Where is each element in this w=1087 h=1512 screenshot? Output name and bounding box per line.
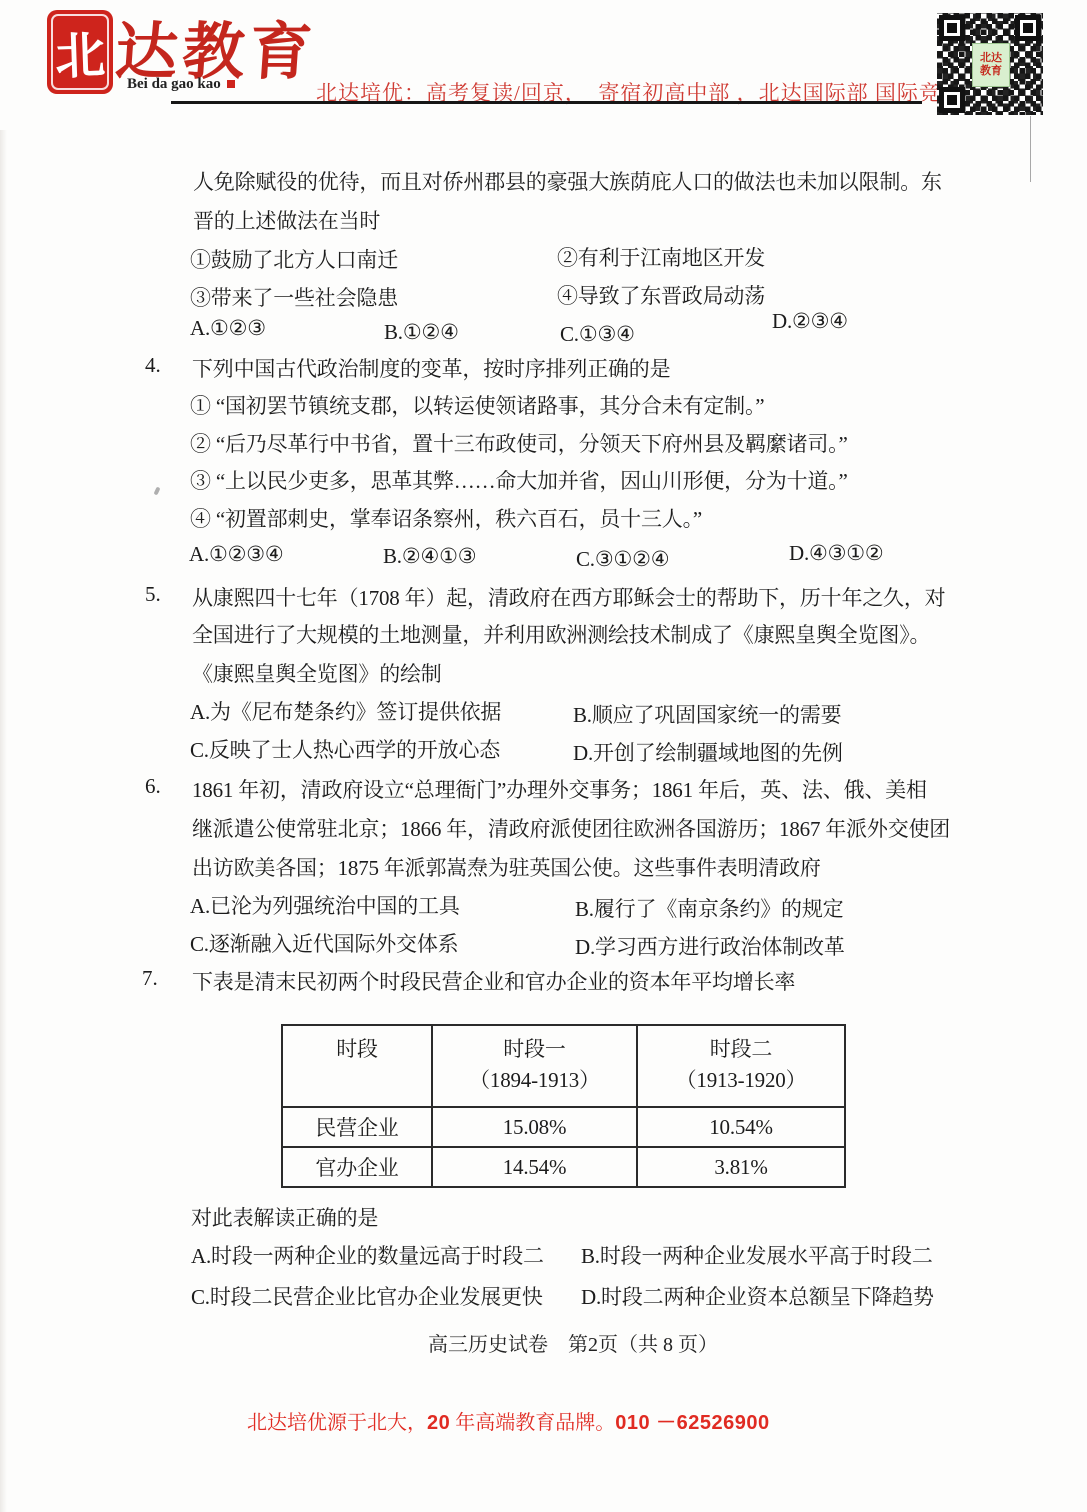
table-row: 民营企业 15.08% 10.54% [282, 1107, 845, 1147]
qr-finder-top-right [1015, 15, 1041, 41]
exam-page-scan: 北 达教育 Bei da gao kao 北达培优：高考复读/回京， 寄宿初高中… [0, 0, 1087, 1512]
period2-title: 时段二 [638, 1034, 844, 1065]
q7-option-c: C.时段二民营企业比官办企业发展更快 [191, 1281, 543, 1311]
table-header-period2: 时段二 （1913-1920） [637, 1025, 845, 1107]
q4-item-3: ③ “上以民少吏多，思革其弊……命大加并省，因山川形便，分为十道。” [190, 465, 848, 495]
q6-option-d: D.学习西方进行政治体制改革 [575, 931, 845, 961]
promo-prefix: 北达培优源于北大， [247, 1412, 427, 1434]
row-label-private: 民营企业 [282, 1107, 432, 1147]
promo-mid: 年高端教育品牌。 [450, 1412, 615, 1434]
q3-option-b: B.①②④ [384, 320, 459, 345]
scan-edge-shading [0, 130, 7, 1512]
table-header-period1: 时段一 （1894-1913） [432, 1025, 637, 1107]
q3-item-1: ①鼓励了北方人口南迁 [190, 244, 398, 274]
official-period2-value: 3.81% [637, 1147, 845, 1187]
q5-stem-line3: 《康熙皇舆全览图》的绘制 [192, 658, 442, 688]
q5-option-d: D.开创了绘制疆域地图的先例 [573, 737, 843, 767]
scan-artifact-mark [153, 487, 160, 496]
q6-stem-line2: 继派遣公使常驻北京；1866 年，清政府派使团往欧洲各国游历；1867 年派外交… [192, 813, 950, 843]
q5-option-b: B.顺应了巩固国家统一的需要 [573, 699, 841, 729]
page-info: 高三历史试卷 第2页（共 8 页） [428, 1328, 718, 1357]
qr-code: 北达 教育 [937, 13, 1043, 115]
row-label-official: 官办企业 [282, 1147, 432, 1187]
q4-option-a: A.①②③④ [189, 542, 284, 567]
table-corner-cell: 时段 [282, 1025, 432, 1107]
qr-finder-bottom-left [939, 87, 965, 113]
q4-option-c: C.③①②④ [576, 547, 669, 572]
q6-option-a: A.已沦为列强统治中国的工具 [190, 890, 460, 920]
promo-phone: 010 －62526900 [615, 1412, 769, 1434]
q7-stem: 下表是清末民初两个时段民营企业和官办企业的资本年平均增长率 [192, 966, 795, 996]
q7-option-d: D.时段二两种企业资本总额呈下降趋势 [581, 1281, 934, 1311]
table-header-row: 时段 时段一 （1894-1913） 时段二 （1913-1920） [282, 1025, 845, 1107]
q3-option-d: D.②③④ [772, 309, 848, 334]
qr-finder-top-left [939, 15, 965, 41]
qr-label-line2: 教育 [980, 65, 1002, 78]
q5-option-c: C.反映了士人热心西学的开放心态 [190, 734, 500, 764]
q6-option-b: B.履行了《南京条约》的规定 [575, 893, 843, 923]
q4-item-1: ① “国初罢节镇统支郡，以转运使领诸路事，其分合未有定制。” [190, 390, 764, 420]
promo-years: 20 [427, 1412, 450, 1434]
q4-option-b: B.②④①③ [383, 544, 476, 569]
scan-artifact-line [1030, 116, 1031, 182]
q4-item-4: ④ “初置部刺史，掌奉诏条察州，秩六百石，员十三人。” [190, 503, 702, 533]
q3-option-a: A.①②③ [190, 316, 266, 341]
official-period1-value: 14.54% [432, 1147, 637, 1187]
qr-center-label: 北达 教育 [972, 43, 1010, 87]
header-rule [171, 101, 922, 104]
q5-stem-line2: 全国进行了大规模的土地测量，并利用欧洲测绘技术制成了《康熙皇舆全览图》。 [192, 619, 930, 649]
q3-option-c: C.①③④ [560, 322, 635, 347]
private-period2-value: 10.54% [637, 1107, 845, 1147]
q6-number: 6. [145, 774, 161, 799]
q3-item-3: ③带来了一些社会隐患 [190, 282, 398, 312]
footer-promo: 北达培优源于北大，20 年高端教育品牌。010 －62526900 [247, 1406, 770, 1435]
q7-number: 7. [142, 966, 158, 991]
q5-number: 5. [145, 582, 161, 607]
q3-item-4: ④导致了东晋政局动荡 [557, 280, 765, 310]
q4-item-2: ② “后乃尽革行中书省，置十三布政使司，分领天下府州县及羁縻诸司。” [190, 428, 848, 458]
q7-prompt: 对此表解读正确的是 [191, 1202, 378, 1232]
q6-option-c: C.逐渐融入近代国际外交体系 [190, 928, 458, 958]
table-row: 官办企业 14.54% 3.81% [282, 1147, 845, 1187]
q5-stem-line1: 从康熙四十七年（1708 年）起，清政府在西方耶稣会士的帮助下，历十年之久，对 [192, 582, 945, 612]
q3-item-2: ②有利于江南地区开发 [557, 242, 765, 272]
red-square-marker [227, 80, 235, 88]
period1-title: 时段一 [433, 1034, 636, 1065]
q4-stem: 下列中国古代政治制度的变革，按时序排列正确的是 [192, 353, 670, 383]
q5-option-a: A.为《尼布楚条约》签订提供依据 [190, 696, 501, 726]
q7-data-table: 时段 时段一 （1894-1913） 时段二 （1913-1920） 民营企业 … [281, 1024, 846, 1188]
q4-number: 4. [145, 353, 161, 378]
q3-stem-line2: 晋的上述做法在当时 [193, 205, 380, 235]
q7-option-a: A.时段一两种企业的数量远高于时段二 [191, 1240, 544, 1270]
private-period1-value: 15.08% [432, 1107, 637, 1147]
period1-range: （1894-1913） [433, 1065, 636, 1096]
qr-label-line1: 北达 [980, 52, 1002, 65]
period2-range: （1913-1920） [638, 1065, 844, 1096]
brand-seal-logo: 北 [47, 10, 113, 94]
q6-stem-line1: 1861 年初，清政府设立“总理衙门”办理外交事务；1861 年后，英、法、俄、… [192, 774, 927, 804]
brand-subtitle-text: Bei da gao kao [127, 76, 221, 92]
q6-stem-line3: 出访欧美各国；1875 年派郭嵩焘为驻英国公使。这些事件表明清政府 [192, 852, 821, 882]
q7-option-b: B.时段一两种企业发展水平高于时段二 [581, 1240, 933, 1270]
brand-subtitle: Bei da gao kao [127, 76, 235, 93]
seal-character: 北 [46, 9, 115, 95]
q3-stem-line1: 人免除赋役的优待，而且对侨州郡县的豪强大族荫庇人口的做法也未加以限制。东 [193, 166, 942, 196]
q4-option-d: D.④③①② [789, 541, 884, 566]
